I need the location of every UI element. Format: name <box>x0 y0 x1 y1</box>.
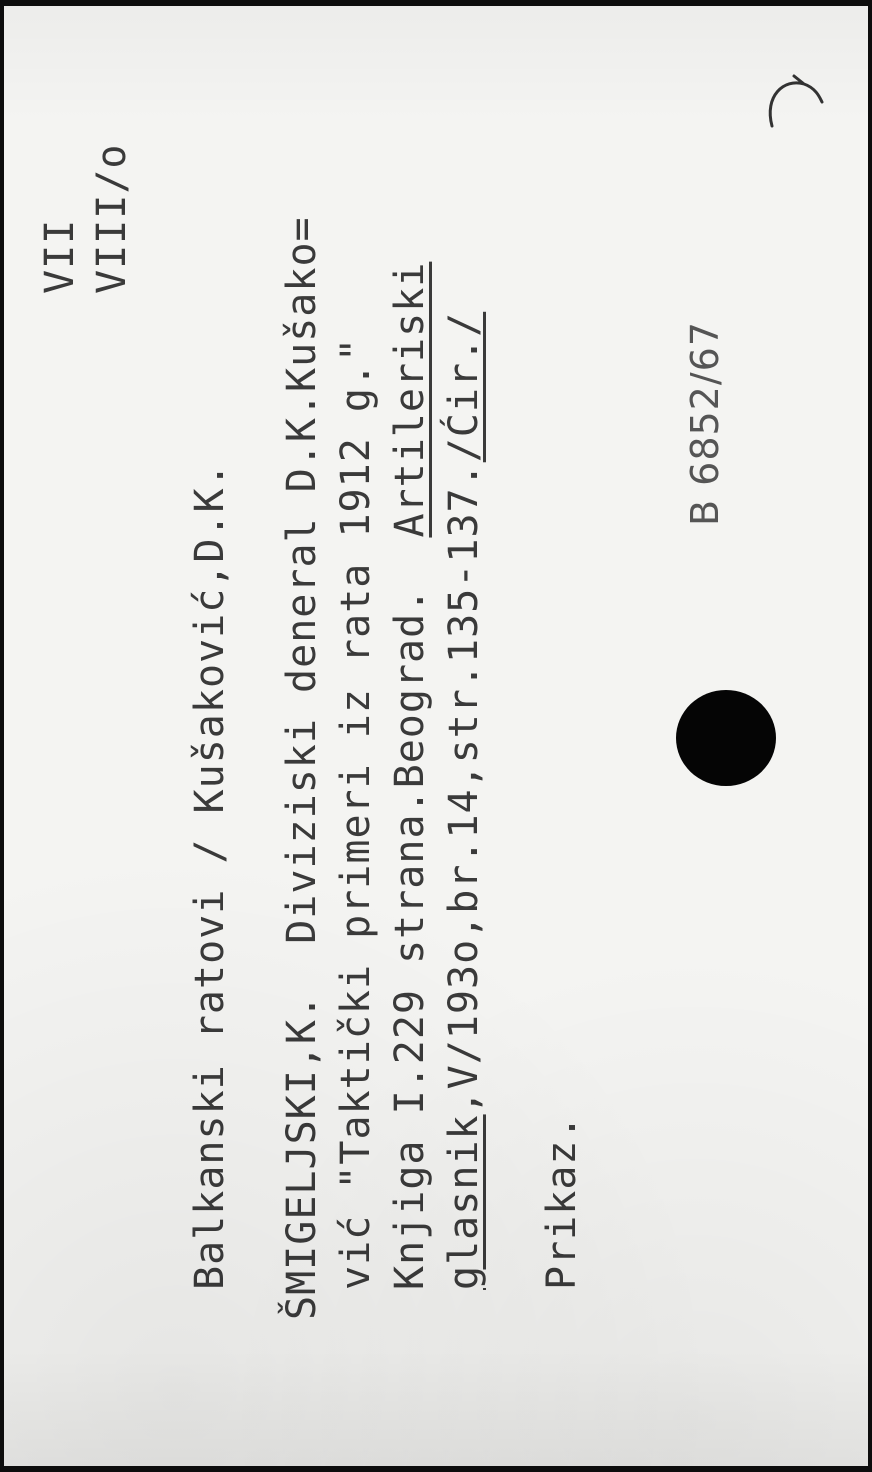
entry-line-1: ŠMIGELJSKI,K. Diviziski deneral D.K.Kuša… <box>282 216 322 1320</box>
entry-line-3-text: Knjiga I.229 strana.Beograd. <box>387 538 433 1290</box>
catalog-card: VII VIII/o Balkanski ratovi / Kušaković,… <box>4 6 868 1466</box>
entry-line-2: vić "Taktički primeri iz rata 1912 g." <box>336 337 376 1290</box>
card-content-rotated: VII VIII/o Balkanski ratovi / Kušaković,… <box>4 6 868 1466</box>
review-note: Prikaz. <box>542 1114 582 1290</box>
entry-line-3: Knjiga I.229 strana.Beograd. Artileriski <box>390 262 430 1290</box>
entry-line-4: glasnik,V/193o,br.14,str.135-137./Ćir./ <box>444 312 484 1290</box>
heading-author: Kušaković,D.K. <box>187 462 233 813</box>
classification-line-1: VII <box>40 219 80 294</box>
punched-hole <box>676 690 776 786</box>
journal-title-part-1: Artileriski <box>387 262 433 538</box>
classification-line-2: VIII/o <box>92 144 132 295</box>
journal-title-part-2: glasnik <box>441 1114 487 1290</box>
script-note: /Ćir./ <box>441 312 487 463</box>
handwritten-check-mark-icon <box>764 66 834 136</box>
subject-heading: Balkanski ratovi / Kušaković,D.K. <box>190 462 230 1290</box>
entry-line-4-text: ,V/193o,br.14,str.135-137. <box>441 462 487 1114</box>
heading-separator: / <box>187 813 233 888</box>
call-number: B 6852/67 <box>686 321 724 526</box>
heading-title: Balkanski ratovi <box>187 889 233 1290</box>
